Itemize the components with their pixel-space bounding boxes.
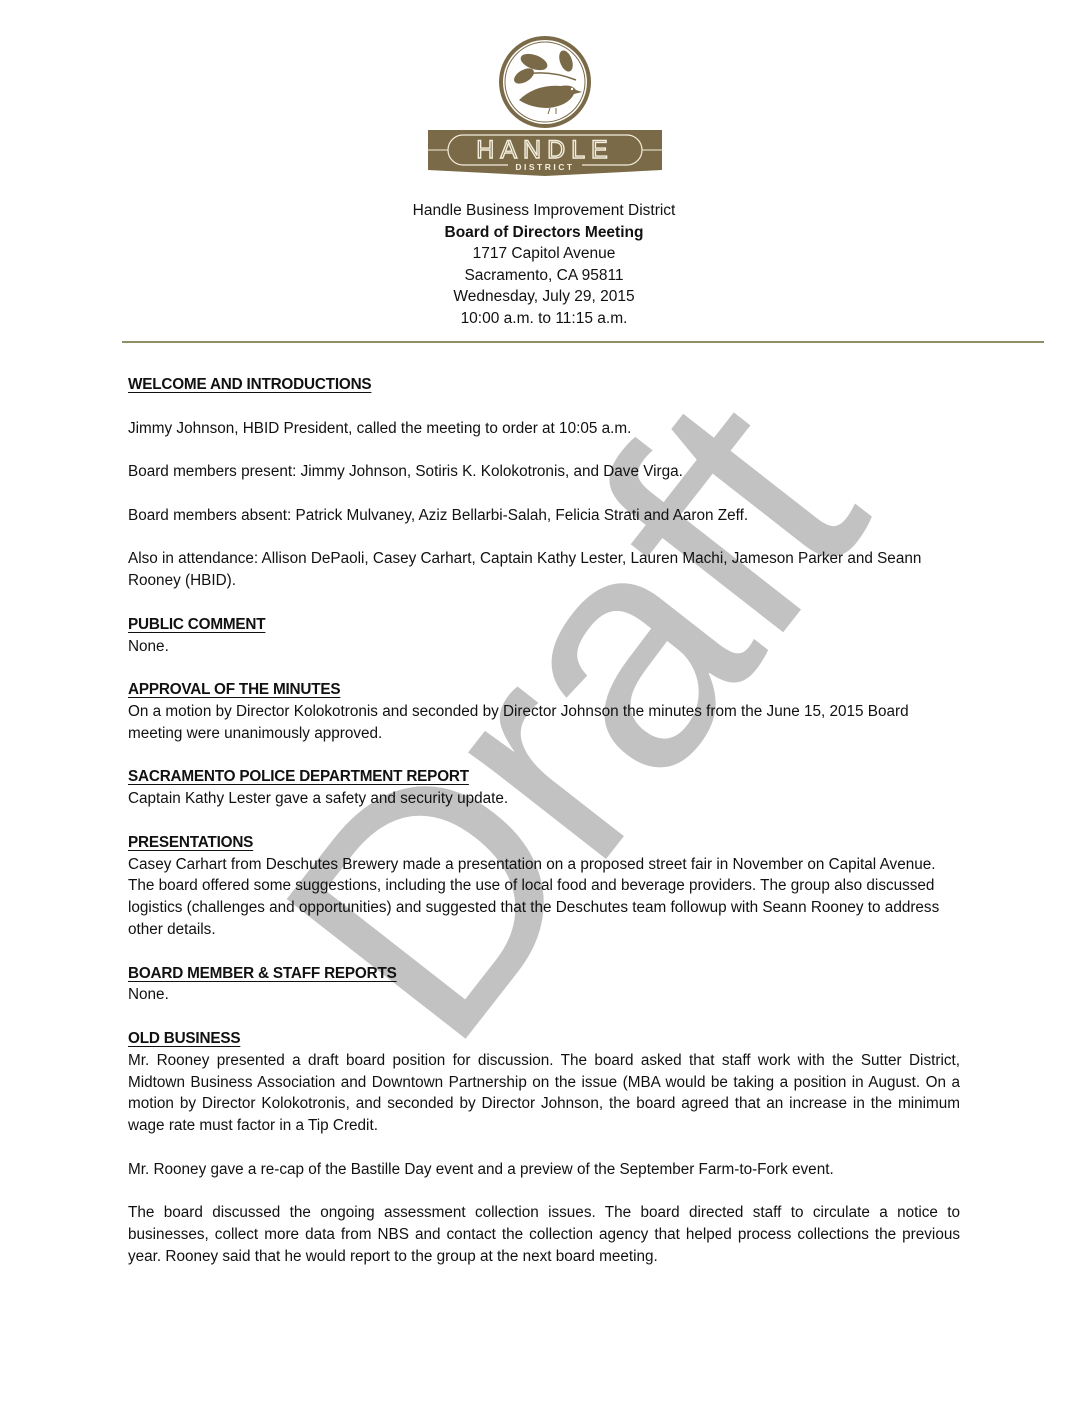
section-heading-welcome: WELCOME AND INTRODUCTIONS bbox=[128, 374, 960, 396]
section-heading-police: SACRAMENTO POLICE DEPARTMENT REPORT bbox=[128, 766, 960, 788]
reports-text: None. bbox=[128, 984, 960, 1006]
minutes-body: WELCOME AND INTRODUCTIONS Jimmy Johnson,… bbox=[128, 374, 960, 1268]
welcome-members-absent: Board members absent: Patrick Mulvaney, … bbox=[128, 505, 960, 527]
section-heading-public-comment: PUBLIC COMMENT bbox=[128, 614, 960, 636]
section-heading-reports: BOARD MEMBER & STAFF REPORTS bbox=[128, 963, 960, 985]
old-business-events: Mr. Rooney gave a re-cap of the Bastille… bbox=[128, 1159, 960, 1181]
svg-text:HANDLE: HANDLE bbox=[476, 136, 613, 164]
handle-district-logo: HANDLE DISTRICT bbox=[426, 34, 664, 180]
document-page: HANDLE DISTRICT Handle Business Improvem… bbox=[0, 0, 1088, 1408]
bird-on-branch-icon bbox=[499, 36, 591, 128]
welcome-members-present: Board members present: Jimmy Johnson, So… bbox=[128, 461, 960, 483]
meeting-time: 10:00 a.m. to 11:15 a.m. bbox=[0, 308, 1088, 330]
address-line-1: 1717 Capitol Avenue bbox=[0, 243, 1088, 265]
section-heading-presentations: PRESENTATIONS bbox=[128, 832, 960, 854]
public-comment-text: None. bbox=[128, 636, 960, 658]
handle-banner: HANDLE DISTRICT bbox=[428, 130, 662, 176]
welcome-call-to-order: Jimmy Johnson, HBID President, called th… bbox=[128, 418, 960, 440]
presentations-text: Casey Carhart from Deschutes Brewery mad… bbox=[128, 854, 960, 941]
section-heading-old-business: OLD BUSINESS bbox=[128, 1028, 960, 1050]
approval-text: On a motion by Director Kolokotronis and… bbox=[128, 701, 960, 745]
meeting-date: Wednesday, July 29, 2015 bbox=[0, 286, 1088, 308]
header-divider bbox=[122, 341, 1044, 343]
welcome-attendance: Also in attendance: Allison DePaoli, Cas… bbox=[128, 548, 960, 592]
svg-text:DISTRICT: DISTRICT bbox=[515, 162, 574, 172]
section-heading-approval: APPROVAL OF THE MINUTES bbox=[128, 679, 960, 701]
meeting-header: Handle Business Improvement District Boa… bbox=[0, 200, 1088, 329]
police-text: Captain Kathy Lester gave a safety and s… bbox=[128, 788, 960, 810]
old-business-assessment: The board discussed the ongoing assessme… bbox=[128, 1202, 960, 1267]
organization-name: Handle Business Improvement District bbox=[0, 200, 1088, 222]
meeting-title: Board of Directors Meeting bbox=[0, 222, 1088, 244]
address-line-2: Sacramento, CA 95811 bbox=[0, 265, 1088, 287]
old-business-minimum-wage: Mr. Rooney presented a draft board posit… bbox=[128, 1050, 960, 1137]
